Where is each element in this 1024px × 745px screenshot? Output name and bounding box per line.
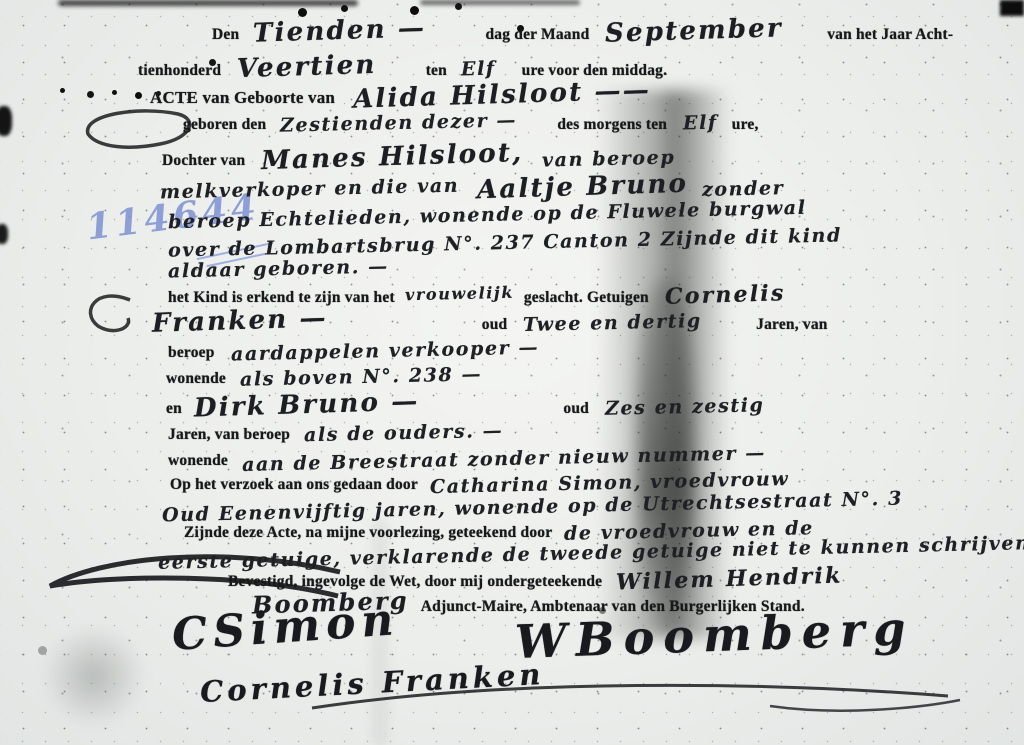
printed-text: Zijnde deze Acte, na mijne voorlezing, g… <box>184 524 552 541</box>
stain-blotch <box>38 628 150 724</box>
acte-line-witness1-occupation: beroep aardappelen verkooper — <box>168 340 539 362</box>
acte-line-title: ACTE van Geboorte van Alida Hilsloot —— <box>150 80 651 110</box>
scan-edge-artifact <box>1000 0 1024 16</box>
acte-line-address: over de Lombartsbrug N°. 237 Canton 2 Zi… <box>168 232 842 254</box>
handwritten-text: Elf <box>461 58 496 81</box>
handwritten-text: melkverkoper en die van <box>160 175 460 204</box>
handwritten-text: vrouwelijk <box>405 283 514 304</box>
handwritten-text: aldaar geboren. — <box>168 255 389 282</box>
acte-line-witness1-age: Franken — oud Twee en dertig Jaren, van <box>152 306 828 336</box>
handwritten-text: van beroep <box>541 146 675 171</box>
printed-text: ure, <box>732 116 759 133</box>
printed-text: oud <box>563 400 589 417</box>
handwritten-text: Twee en dertig <box>523 310 702 336</box>
handwritten-text: aardappelen verkooper — <box>230 337 538 366</box>
acte-line-declarant-details: Oud Eenenvijftig jaren, wonende op de Ut… <box>162 496 903 518</box>
printed-text: oud <box>482 316 508 333</box>
printed-text: tienhonderd <box>138 62 221 79</box>
scan-edge-artifact <box>420 0 580 5</box>
printed-text: geboren den <box>183 116 266 133</box>
acte-line-witness2-residence: wonende aan de Breestraat zonder nieuw n… <box>168 448 766 470</box>
printed-text: des morgens ten <box>557 116 667 133</box>
handwritten-text-witness1: Franken — <box>152 303 329 339</box>
handwritten-text: Zes en zestig <box>605 394 765 420</box>
printed-text: beroep <box>168 344 215 361</box>
printed-text: Jaren, van <box>756 316 827 333</box>
acte-line-signing-note: eerste getuige, verklarende de tweede ge… <box>158 542 1024 564</box>
acte-line-date: Den Tienden — dag der Maand September va… <box>212 16 953 46</box>
printed-text: en <box>166 400 182 417</box>
printed-text: Op het verzoek aan ons gedaan door <box>170 476 418 493</box>
handwritten-text: als de ouders. — <box>304 420 504 447</box>
acte-line-gender-witnesses: het Kind is erkend te zijn van het vrouw… <box>168 282 785 308</box>
acte-line-parents-status: beroep Echtelieden, wonende op de Fluwel… <box>168 204 807 226</box>
printed-text: dag der Maand <box>485 26 589 43</box>
printed-text: geslacht. Getuigen <box>524 289 649 306</box>
printed-text: ten <box>426 62 447 79</box>
document-scan: 114644 Den Tienden — dag der Maand Septe… <box>0 0 1024 745</box>
acte-line-declarant: Op het verzoek aan ons gedaan door Catha… <box>170 472 789 494</box>
handwritten-text: Zestienden dezer — <box>280 109 517 136</box>
handwritten-text-father-name: Manes Hilsloot, <box>261 138 524 176</box>
scan-edge-artifact <box>58 0 358 6</box>
handwritten-text: als boven N°. 238 — <box>240 363 483 390</box>
acte-line-father: Dochter van Manes Hilsloot, van beroep <box>162 142 675 172</box>
scan-edge-artifact <box>0 106 12 136</box>
handwritten-text: Elf <box>683 112 718 135</box>
handwritten-text-witness2: Dirk Bruno — <box>193 386 419 423</box>
ink-specks <box>60 88 65 93</box>
acte-line-witness2: en Dirk Bruno — oud Zes en zestig <box>166 390 764 420</box>
handwritten-text: September <box>605 13 784 49</box>
printed-text: van het Jaar Acht- <box>827 26 953 43</box>
printed-text: ACTE van Geboorte van <box>150 88 335 107</box>
acte-line-mother: melkverkoper en die van Aaltje Bruno zon… <box>160 172 785 202</box>
printed-text: Jaren, van beroep <box>168 426 290 443</box>
acte-line-witness1-residence: wonende als boven N°. 238 — <box>166 366 482 388</box>
acte-line-witness2-occupation: Jaren, van beroep als de ouders. — <box>168 422 503 444</box>
printed-text: wonende <box>166 370 226 387</box>
printed-text: wonende <box>168 452 228 469</box>
printed-text: Dochter van <box>162 152 245 169</box>
handwritten-text: Tienden — <box>253 13 427 48</box>
acte-line-born-there: aldaar geboren. — <box>168 258 389 280</box>
scan-edge-artifact <box>0 224 8 244</box>
flourish-ornament <box>78 290 138 338</box>
acte-line-birth: geboren den Zestienden dezer — des morge… <box>183 112 759 134</box>
printed-text: Den <box>212 26 239 43</box>
printed-text: het Kind is erkend te zijn van het <box>168 289 395 306</box>
